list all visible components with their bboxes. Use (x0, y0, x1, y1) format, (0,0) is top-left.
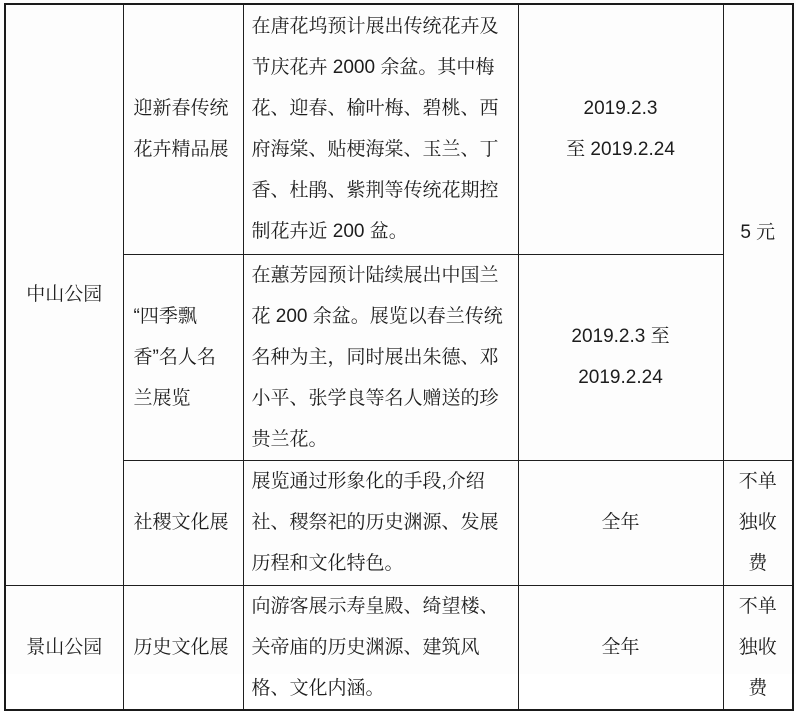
exhibition-description: 展览通过形象化的手段,介绍社、稷祭祀的历史渊源、发展历程和文化特色。 (243, 460, 518, 585)
park-name-zhongshan: 中山公园 (5, 4, 123, 585)
exhibition-name: 社稷文化展 (123, 460, 243, 585)
exhibition-dates: 全年 (518, 585, 723, 710)
dates-line: 全年 (520, 627, 722, 668)
exhibition-dates: 2019.2.3 至 2019.2.24 (518, 4, 723, 254)
exhibition-description: 在唐花坞预计展出传统花卉及节庆花卉 2000 余盆。其中梅花、迎春、榆叶梅、碧桃… (243, 4, 518, 254)
dates-line: 2019.2.24 (520, 357, 722, 398)
dates-line: 2019.2.3 (520, 88, 722, 129)
table-row: “四季飘香”名人名兰展览 在蕙芳园预计陆续展出中国兰花 200 余盆。展览以春兰… (5, 254, 793, 460)
exhibition-description: 向游客展示寿皇殿、绮望楼、关帝庙的历史渊源、建筑风格、文化内涵。 (243, 585, 518, 710)
exhibition-dates: 全年 (518, 460, 723, 585)
park-name-jingshan: 景山公园 (5, 585, 123, 710)
document-page: 中山公园 迎新春传统花卉精品展 在唐花坞预计展出传统花卉及节庆花卉 2000 余… (0, 0, 796, 674)
fee-value: 不单独收费 (723, 585, 793, 710)
fee-value: 不单独收费 (723, 460, 793, 585)
dates-line: 全年 (520, 502, 722, 543)
table-row: 景山公园 历史文化展 向游客展示寿皇殿、绮望楼、关帝庙的历史渊源、建筑风格、文化… (5, 585, 793, 710)
table-row: 中山公园 迎新春传统花卉精品展 在唐花坞预计展出传统花卉及节庆花卉 2000 余… (5, 4, 793, 254)
park-exhibition-table: 中山公园 迎新春传统花卉精品展 在唐花坞预计展出传统花卉及节庆花卉 2000 余… (4, 3, 794, 711)
exhibition-name: 历史文化展 (123, 585, 243, 710)
table-row: 社稷文化展 展览通过形象化的手段,介绍社、稷祭祀的历史渊源、发展历程和文化特色。… (5, 460, 793, 585)
dates-line: 2019.2.3 至 (520, 316, 722, 357)
fee-value: 5 元 (723, 4, 793, 460)
exhibition-description: 在蕙芳园预计陆续展出中国兰花 200 余盆。展览以春兰传统名种为主，同时展出朱德… (243, 254, 518, 460)
exhibition-name: “四季飘香”名人名兰展览 (123, 254, 243, 460)
exhibition-name: 迎新春传统花卉精品展 (123, 4, 243, 254)
exhibition-dates: 2019.2.3 至 2019.2.24 (518, 254, 723, 460)
dates-line: 至 2019.2.24 (520, 129, 722, 170)
